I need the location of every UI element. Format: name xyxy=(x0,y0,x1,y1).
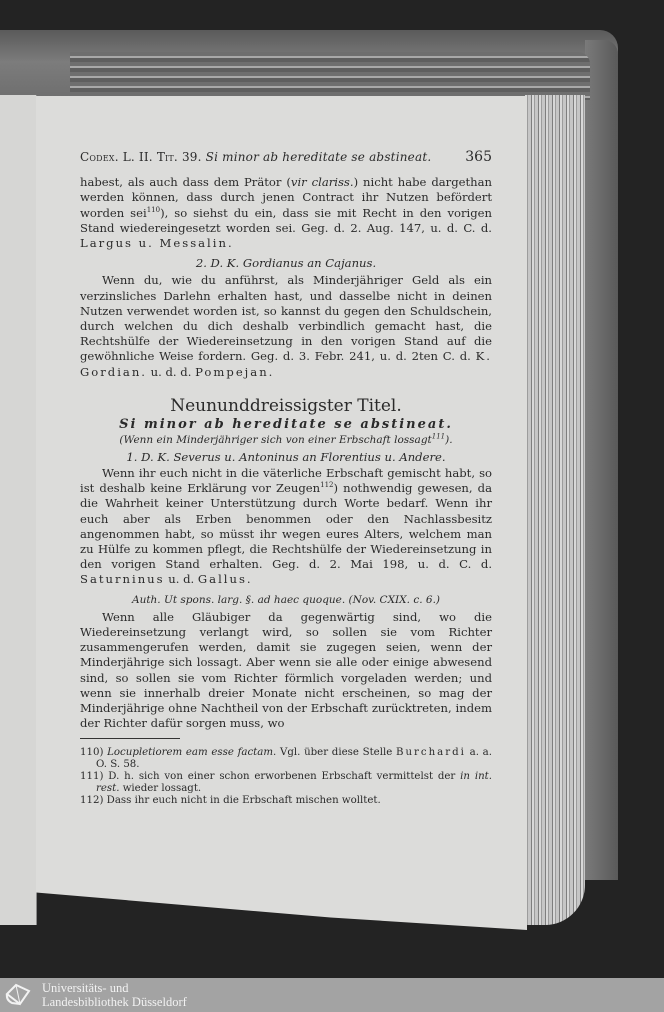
paragraph-3: Wenn ihr euch nicht in die väterliche Er… xyxy=(80,466,492,588)
library-name[interactable]: Universitäts- und Landesbibliothek Düsse… xyxy=(42,981,187,1009)
paragraph-4: Wenn alle Gläubiger da gegenwärtig sind,… xyxy=(80,610,492,732)
book-logo-icon xyxy=(4,982,32,1008)
footnote-ref-110: 110 xyxy=(147,206,160,214)
authentica-line: Auth. Ut spons. larg. §. ad haec quoque.… xyxy=(80,593,492,608)
footnote-110: 110) Locupletiorem eam esse factam. Vgl.… xyxy=(80,747,492,771)
book-cover-right xyxy=(585,40,618,880)
footnote-112: 112) Dass ihr euch nicht in die Erbschaf… xyxy=(80,795,492,807)
title-heading: Neununddreissigster Titel. xyxy=(80,396,492,416)
title-latin: Si minor ab hereditate se abstineat. xyxy=(80,416,492,433)
footnote-111: 111) D. h. sich von einer schon erworben… xyxy=(80,771,492,795)
running-head-italic: Si minor ab hereditate se abstineat. xyxy=(206,150,432,164)
left-page-edge xyxy=(0,95,37,925)
section-heading-1: 1. D. K. Severus u. Antoninus an Florent… xyxy=(80,450,492,465)
footnote-ref-111: 111 xyxy=(432,432,445,440)
library-footer: Universitäts- und Landesbibliothek Düsse… xyxy=(0,978,664,1012)
book-page: Codex. L. II. Tit. 39. Si minor ab hered… xyxy=(36,96,527,930)
page-edges-top xyxy=(70,52,590,100)
paragraph-1: habest, als auch dass dem Prätor (vir cl… xyxy=(80,175,492,251)
running-head-caps: Codex. L. II. Tit. 39. xyxy=(80,150,202,164)
running-head: Codex. L. II. Tit. 39. Si minor ab hered… xyxy=(80,150,492,165)
page-text: Codex. L. II. Tit. 39. Si minor ab hered… xyxy=(80,150,492,808)
library-name-line1: Universitäts- und xyxy=(42,981,187,995)
page-edges-right xyxy=(525,95,585,925)
footnote-divider xyxy=(80,738,180,739)
library-name-line2: Landesbibliothek Düsseldorf xyxy=(42,995,187,1009)
page-number: 365 xyxy=(465,150,492,165)
section-heading-2: 2. D. K. Gordianus an Cajanus. xyxy=(80,256,492,271)
title-german: (Wenn ein Minderjähriger sich von einer … xyxy=(80,433,492,448)
book-scan: Codex. L. II. Tit. 39. Si minor ab hered… xyxy=(0,0,664,978)
footnote-ref-112: 112 xyxy=(320,481,333,489)
paragraph-2: Wenn du, wie du anführst, als Minderjähr… xyxy=(80,273,492,379)
